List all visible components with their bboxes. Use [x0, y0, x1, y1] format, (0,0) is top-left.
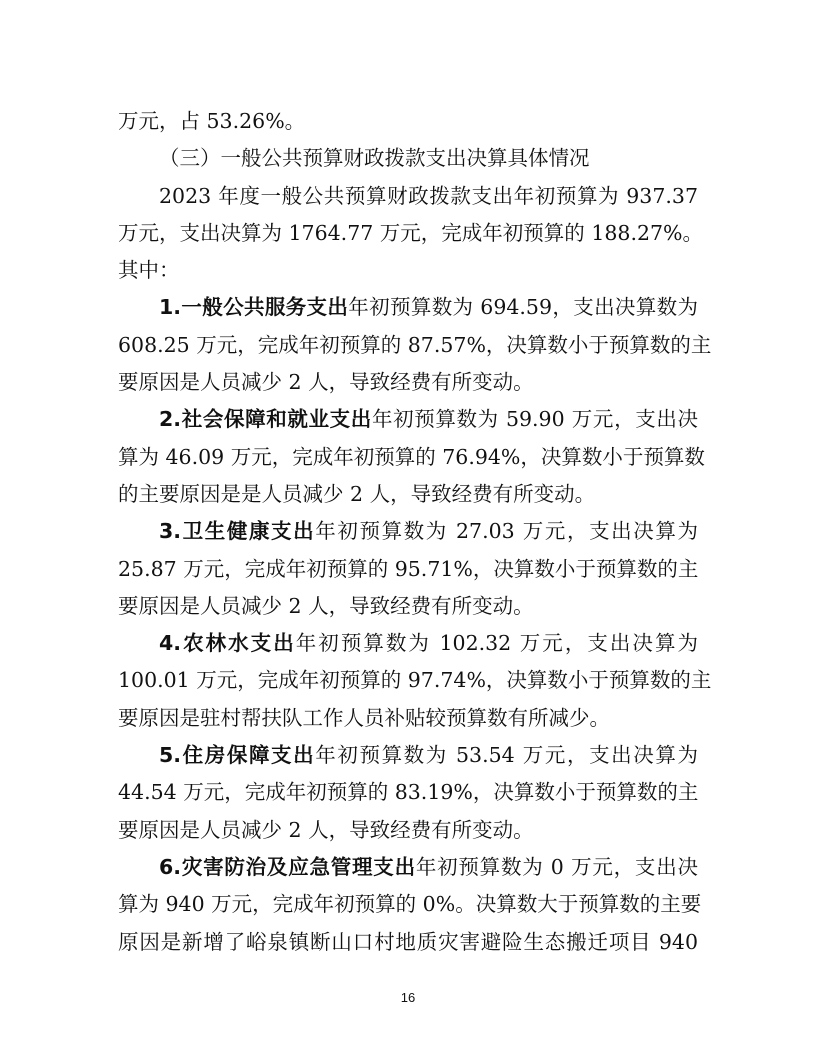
item-heading: 1.一般公共服务支出 — [159, 295, 348, 319]
text-line: 要原因是人员减少 2 人，导致经费有所变动。 — [118, 364, 698, 401]
text-line: 万元，支出决算为 1764.77 万元，完成年初预算的 188.27%。 — [118, 215, 698, 252]
item-heading: 6.灾害防治及应急管理支出 — [159, 855, 416, 879]
item-first-line: 2.社会保障和就业支出年初预算数为 59.90 万元，支出决 — [118, 401, 698, 438]
item-housing: 5.住房保障支出年初预算数为 53.54 万元，支出决算为 44.54 万元，完… — [118, 737, 698, 849]
item-heading: 2.社会保障和就业支出 — [159, 407, 372, 431]
text-line: 要原因是人员减少 2 人，导致经费有所变动。 — [118, 812, 698, 849]
text-line: 要原因是驻村帮扶队工作人员补贴较预算数有所减少。 — [118, 700, 698, 737]
item-heading: 5.住房保障支出 — [159, 743, 315, 767]
document-body: 万元，占 53.26%。 （三）一般公共预算财政拨款支出决算具体情况 2023 … — [118, 103, 698, 961]
item-text: 年初预算数为 59.90 万元，支出决 — [372, 407, 698, 431]
item-text: 年初预算数为 27.03 万元，支出决算为 — [315, 519, 698, 543]
item-heading: 4.农林水支出 — [159, 631, 296, 655]
text-line: 万元，占 53.26%。 — [118, 103, 698, 140]
item-social-security: 2.社会保障和就业支出年初预算数为 59.90 万元，支出决 算为 46.09 … — [118, 401, 698, 513]
text-line: 算为 46.09 万元，完成年初预算的 76.94%，决算数小于预算数 — [118, 439, 698, 476]
text-line: 2023 年度一般公共预算财政拨款支出年初预算为 937.37 — [118, 178, 698, 215]
section-heading: （三）一般公共预算财政拨款支出决算具体情况 — [118, 140, 698, 177]
item-text: 年初预算数为 694.59，支出决算数为 — [348, 295, 698, 319]
page-number: 16 — [0, 990, 816, 1005]
text-line: 原因是新增了峪泉镇断山口村地质灾害避险生态搬迁项目 940 — [118, 924, 698, 961]
text-line: 其中： — [118, 252, 698, 289]
item-agriculture: 4.农林水支出年初预算数为 102.32 万元，支出决算为 100.01 万元，… — [118, 625, 698, 737]
text-line: 44.54 万元，完成年初预算的 83.19%，决算数小于预算数的主 — [118, 774, 698, 811]
item-disaster-prevention: 6.灾害防治及应急管理支出年初预算数为 0 万元，支出决 算为 940 万元，完… — [118, 849, 698, 961]
text-line: 的主要原因是是人员减少 2 人，导致经费有所变动。 — [118, 476, 698, 513]
item-text: 年初预算数为 53.54 万元，支出决算为 — [315, 743, 698, 767]
text-line: 100.01 万元，完成年初预算的 97.74%，决算数小于预算数的主 — [118, 662, 698, 699]
item-text: 年初预算数为 0 万元，支出决 — [416, 855, 698, 879]
item-first-line: 5.住房保障支出年初预算数为 53.54 万元，支出决算为 — [118, 737, 698, 774]
text-line: 算为 940 万元，完成年初预算的 0%。决算数大于预算数的主要 — [118, 886, 698, 923]
text-line: 608.25 万元，完成年初预算的 87.57%，决算数小于预算数的主 — [118, 327, 698, 364]
item-text: 年初预算数为 102.32 万元，支出决算为 — [296, 631, 698, 655]
item-health: 3.卫生健康支出年初预算数为 27.03 万元，支出决算为 25.87 万元，完… — [118, 513, 698, 625]
item-first-line: 1.一般公共服务支出年初预算数为 694.59，支出决算数为 — [118, 289, 698, 326]
item-general-public-services: 1.一般公共服务支出年初预算数为 694.59，支出决算数为 608.25 万元… — [118, 289, 698, 401]
text-line: 25.87 万元，完成年初预算的 95.71%，决算数小于预算数的主 — [118, 551, 698, 588]
item-first-line: 4.农林水支出年初预算数为 102.32 万元，支出决算为 — [118, 625, 698, 662]
item-first-line: 6.灾害防治及应急管理支出年初预算数为 0 万元，支出决 — [118, 849, 698, 886]
item-first-line: 3.卫生健康支出年初预算数为 27.03 万元，支出决算为 — [118, 513, 698, 550]
item-heading: 3.卫生健康支出 — [159, 519, 315, 543]
text-line: 要原因是人员减少 2 人，导致经费有所变动。 — [118, 588, 698, 625]
